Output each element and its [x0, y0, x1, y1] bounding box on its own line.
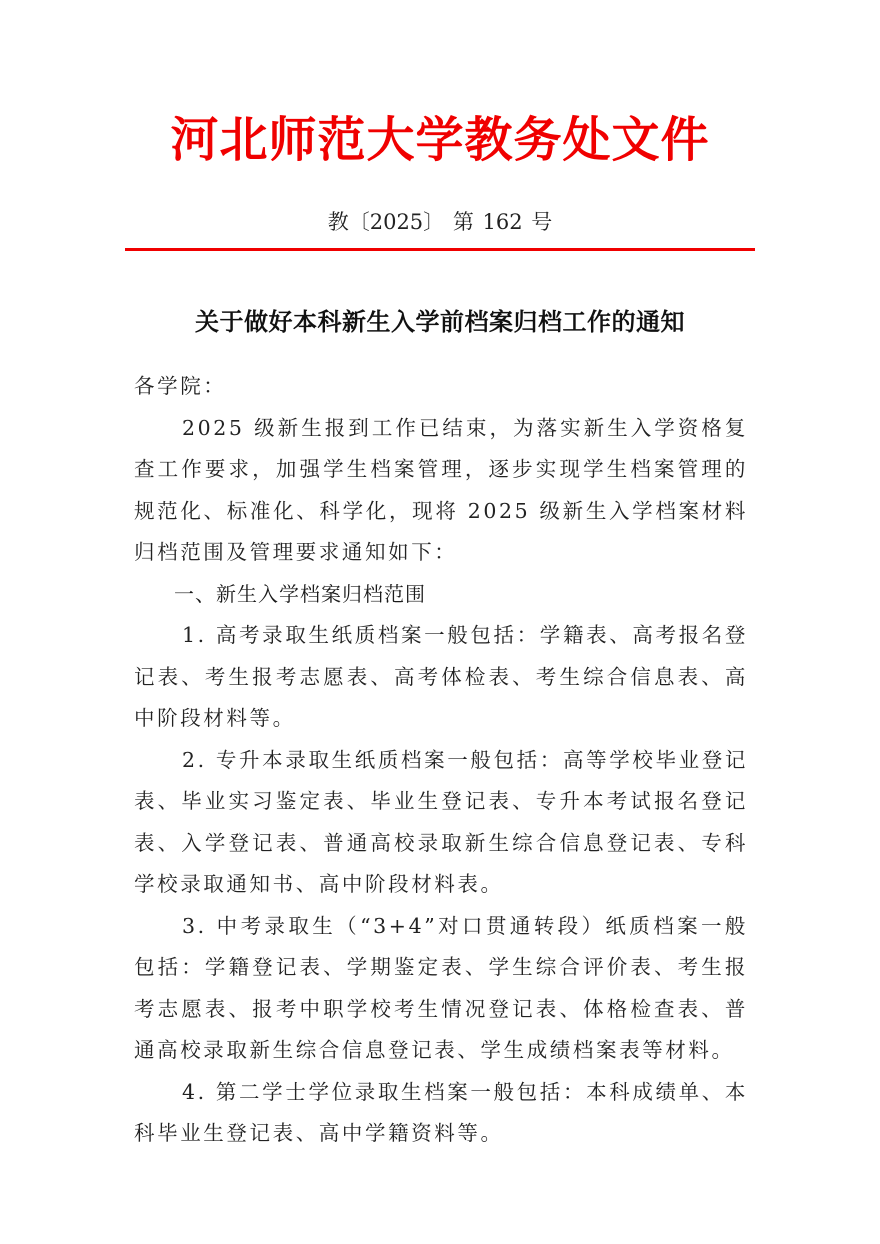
- document-page: 河北师范大学教务处文件 教〔2025〕 第 162 号 关于做好本科新生入学前档…: [0, 0, 880, 1244]
- document-body: 各学院： 2025 级新生报到工作已结束，为落实新生入学资格复查工作要求，加强学…: [134, 366, 748, 1155]
- list-item: 1. 高考录取生纸质档案一般包括：学籍表、高考报名登记表、考生报考志愿表、高考体…: [134, 615, 748, 740]
- list-item: 2. 专升本录取生纸质档案一般包括：高等学校毕业登记表、毕业实习鉴定表、毕业生登…: [134, 740, 748, 906]
- list-item: 3. 中考录取生（“3+4”对口贯通转段）纸质档案一般包括：学籍登记表、学期鉴定…: [134, 906, 748, 1072]
- issuer-header-title: 河北师范大学教务处文件: [0, 108, 880, 172]
- section-heading: 一、新生入学档案归档范围: [134, 574, 748, 616]
- salutation: 各学院：: [134, 366, 748, 408]
- list-item: 4. 第二学士学位录取生档案一般包括：本科成绩单、本科毕业生登记表、高中学籍资料…: [134, 1072, 748, 1155]
- intro-paragraph: 2025 级新生报到工作已结束，为落实新生入学资格复查工作要求，加强学生档案管理…: [134, 408, 748, 574]
- red-separator-rule: [125, 248, 755, 251]
- document-title: 关于做好本科新生入学前档案归档工作的通知: [0, 304, 880, 340]
- document-number: 教〔2025〕 第 162 号: [0, 207, 880, 237]
